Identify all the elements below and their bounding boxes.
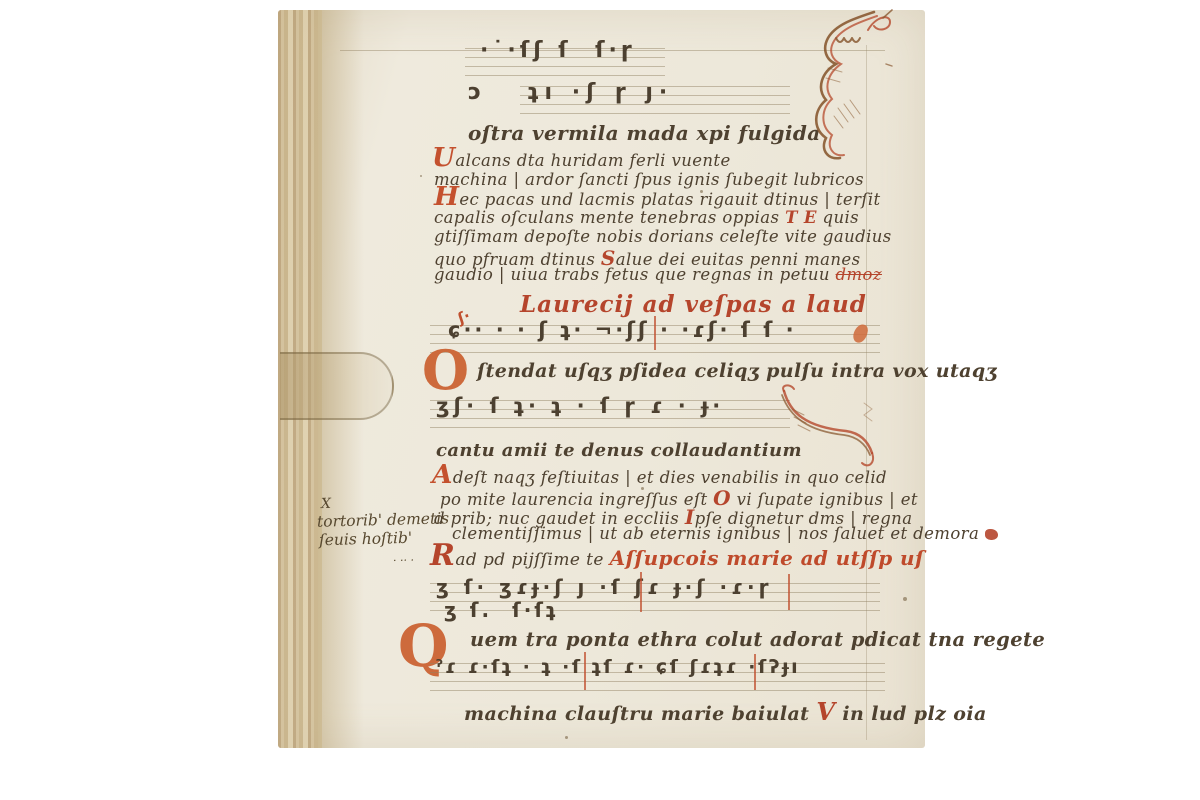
pen-flourish-sketch-top bbox=[778, 8, 893, 166]
margin-dots: · ·· · bbox=[393, 554, 414, 568]
line-text: capalis oſculans mente tenebras oppias bbox=[434, 208, 785, 227]
rubric-assumption: Aſſupcois marie ad utſſp uſ bbox=[610, 546, 924, 570]
neume-row: ·˙·ſʃ ſ ſ·ɼ bbox=[480, 38, 636, 63]
margin-note-line: ſeuis hoſtib' bbox=[319, 529, 413, 549]
text-line: gaudio | uiua trabs fetus que regnas in … bbox=[434, 265, 882, 284]
rubric-laurentii: Laurecij ad veſpas a laud bbox=[520, 291, 867, 318]
margin-mark-x: X bbox=[321, 496, 331, 512]
staff-divider-line bbox=[654, 316, 656, 350]
neume-row: ʒ ſ· ʒɾɟ·ʃ ȷ ·ſ ʃɾ ɟ·ʃ ·ɾ·ɼ bbox=[436, 575, 772, 599]
ink-speck bbox=[420, 175, 422, 177]
line-text: machina clauſtru marie baiulat bbox=[464, 703, 816, 725]
staff-divider-line bbox=[754, 654, 756, 690]
incipit-line: oſtra vermila mada xpi fulgida bbox=[468, 121, 821, 145]
struck-red-word: dmoz bbox=[836, 265, 882, 284]
chant-text-line: uem tra ponta ethra colut adorat pdicat … bbox=[470, 628, 1045, 651]
text-line: cantu amii te denus collaudantium bbox=[436, 440, 802, 461]
ink-blot bbox=[985, 529, 998, 540]
neume-row: ˀɾ ɾ·ſʇ · ʇ ·ſ ʇſ ɾ· ɕſ ʃɾʇɾ ·ſʔɟı bbox=[436, 656, 800, 678]
text-line: capalis oſculans mente tenebras oppias T… bbox=[434, 208, 859, 227]
ink-speck bbox=[565, 736, 568, 739]
neume-row: ɕ·· · · ʃ ʇ· ¬·ʃʃ · ·ɾʃ· ſ ſ · bbox=[448, 318, 797, 342]
manuscript-photo: ·˙·ſʃ ſ ſ·ɼ ɔ ʇı ·ʃ ɼ ȷ· oſtra vermila m… bbox=[0, 0, 1200, 800]
chant-text-line: ſtendat uſqʒ pſidea celiqʒ pulſu intra v… bbox=[477, 360, 997, 382]
binding-tab bbox=[280, 352, 394, 420]
red-initial-R: R bbox=[430, 538, 455, 573]
line-text: clementiſſimus | ut ab eternis ignibus |… bbox=[452, 524, 985, 543]
red-versicle-V: V bbox=[816, 697, 835, 726]
ink-speck bbox=[641, 487, 644, 490]
line-text: gaudio | uiua trabs fetus que regnas in … bbox=[434, 265, 836, 284]
text-line: Hec pacas und lacmis platas rigauit dtin… bbox=[434, 189, 881, 209]
neume-row: ɔ ʇı ·ʃ ɼ ȷ· bbox=[468, 80, 673, 105]
red-letters: T E bbox=[785, 208, 817, 227]
staff-divider-line bbox=[584, 652, 586, 690]
line-text: ad pd pijſſime te bbox=[455, 550, 609, 570]
pen-flourish-sketch-middle bbox=[772, 383, 884, 475]
text-line: gtiſſimam depoſte nobis dorians celeſte … bbox=[434, 227, 892, 246]
text-line: clementiſſimus | ut ab eternis ignibus |… bbox=[452, 524, 998, 543]
staff-divider-line bbox=[640, 572, 642, 612]
line-text: ec pacas und lacmis platas rigauit dtinu… bbox=[459, 190, 880, 209]
ink-speck bbox=[903, 597, 907, 601]
red-initial: U bbox=[432, 142, 455, 173]
line-text: quis bbox=[817, 208, 859, 227]
margin-note-line: tortorib' demetis bbox=[317, 509, 450, 530]
ink-speck bbox=[700, 190, 703, 193]
text-line: Ualcans dta huridam ferli vuente bbox=[432, 150, 731, 170]
final-text-line: machina clauſtru marie baiulat V in lud … bbox=[464, 697, 987, 726]
staff-divider-line bbox=[788, 574, 790, 610]
line-text: alcans dta huridam ferli vuente bbox=[455, 151, 730, 170]
neume-row: ʒ ſ. ſ·ſʇ bbox=[444, 598, 559, 622]
text-line: machina | ardor ſancti ſpus ignis ſubegi… bbox=[434, 170, 864, 189]
neume-row: ʒʃ· ſ ʇ· ʇ · ſ ɼ ɾ · ɟ· bbox=[436, 394, 724, 418]
responsory-line: Rad pd pijſſime te Aſſupcois marie ad ut… bbox=[430, 546, 924, 570]
line-text: in lud plz oia bbox=[835, 703, 986, 725]
